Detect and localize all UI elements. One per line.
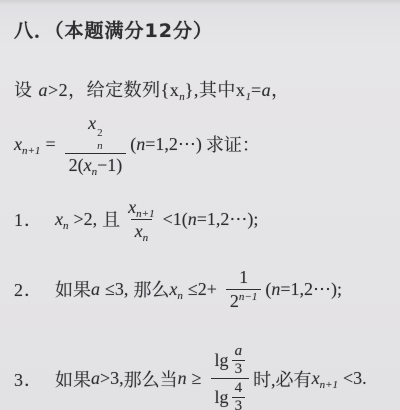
problem-title-text: 八．（本题满分12分）: [14, 20, 213, 42]
item3-num-inner-fraction: a3: [232, 343, 246, 377]
item1-var-n: n: [188, 209, 197, 230]
var-a: a: [39, 80, 49, 100]
claim-item-2: 2． 如果 a ≤3, 那么 xn ≤2+ 1 2n−1 (n=1,2⋯);: [14, 266, 342, 312]
intro-text-3: },其中x: [185, 80, 246, 100]
lhs-x: x: [14, 134, 22, 154]
recurrence-fraction-numerator: x2n: [84, 112, 107, 153]
item3-xn1: xn+1: [312, 368, 338, 389]
claim-item-3: 3． 如果 a >3, 那么当 n ≥ lga3 lg43 时,必有 xn+1 …: [14, 342, 372, 410]
item2-relation: ≤3,: [105, 279, 128, 300]
den-rest: −1): [97, 155, 122, 175]
item2-if-word: 如果: [55, 276, 91, 302]
den-x: x: [84, 155, 92, 175]
item2-x-subscript: n: [177, 290, 183, 302]
item1-fraction: xn+1 xn: [124, 196, 158, 242]
item2-xn: xn: [169, 279, 183, 300]
item3-log-denominator: lg43: [211, 378, 250, 410]
item3-log-numerator: lga3: [211, 342, 250, 378]
num-x: x: [88, 113, 96, 133]
problem-title: 八．（本题满分12分）: [14, 16, 213, 43]
item1-den-subscript: n: [143, 232, 149, 244]
recurrence-domain: (n=1,2⋯): [130, 134, 202, 155]
item1-less-than: <1(: [163, 209, 188, 230]
lhs-subscript: n+1: [22, 145, 40, 157]
item2-then-word: 那么: [133, 276, 169, 302]
item1-x-subscript: n: [63, 220, 69, 232]
item3-if-word: 如果: [55, 366, 91, 392]
intro-text-1: 设: [14, 80, 33, 100]
item3-den-lg: lg: [215, 387, 229, 408]
item1-x: x: [55, 209, 63, 229]
recurrence-fraction: x2n 2(xn−1): [65, 112, 127, 177]
recurrence-lhs: xn+1: [14, 134, 40, 155]
recurrence-fraction-denominator: 2(xn−1): [65, 153, 127, 177]
recurrence-equals: =: [45, 134, 55, 155]
intro-text-4: ，: [271, 80, 290, 100]
den-prefix: 2(: [69, 155, 84, 175]
item3-ge-sign: ≥: [192, 368, 202, 389]
equals-sign: =: [251, 80, 262, 100]
item3-num-inner-bottom: 3: [232, 360, 246, 378]
item2-tail: =1,2⋯);: [280, 279, 342, 300]
item2-fraction-denominator: 2n−1: [226, 289, 261, 313]
var-a-2: a: [262, 80, 272, 100]
item3-x-subscript: n+1: [320, 379, 338, 391]
item1-and-word: 且: [102, 206, 120, 232]
math-problem-page: 八．（本题满分12分） 设a>2，给定数列{xn},其中x1=a， xn+1 =…: [0, 0, 400, 410]
item3-x: x: [312, 368, 320, 388]
item3-relation: >3,: [100, 368, 124, 389]
item3-num-inner-top: a: [232, 343, 246, 360]
item1-number: 1．: [14, 206, 43, 232]
item1-den-x: x: [135, 221, 143, 241]
item3-den-inner-fraction: 43: [232, 380, 246, 410]
item2-var-n: n: [271, 279, 280, 300]
item1-fraction-numerator: xn+1: [124, 196, 158, 219]
item2-den-exponent: n−1: [239, 291, 257, 303]
domain-var-n: n: [136, 134, 145, 154]
domain-rest: =1,2⋯): [145, 134, 202, 154]
item1-fraction-denominator: xn: [131, 219, 153, 243]
item2-number: 2．: [14, 276, 43, 302]
item3-number: 3．: [14, 366, 43, 392]
claim-item-1: 1． xn >2, 且 xn+1 xn <1(n=1,2⋯);: [14, 196, 258, 242]
intro-line: 设a>2，给定数列{xn},其中x1=a，: [14, 76, 290, 102]
item2-fraction-numerator: 1: [235, 266, 252, 289]
item3-log-fraction: lga3 lg43: [211, 342, 250, 410]
recurrence-formula: xn+1 = x2n 2(xn−1) (n=1,2⋯) 求证：: [14, 112, 260, 177]
intro-text-2: >2，给定数列{x: [48, 80, 179, 100]
item3-var-n: n: [178, 368, 187, 389]
item1-xn: xn: [55, 209, 69, 230]
item3-less-than: <3.: [343, 368, 367, 389]
item3-then-word: 那么当: [124, 366, 178, 392]
num-superscript: 2: [97, 128, 103, 139]
item3-var-a: a: [91, 368, 100, 389]
item1-tail: =1,2⋯);: [197, 209, 259, 230]
item1-relation: >2,: [74, 209, 98, 230]
item3-den-inner-bottom: 3: [232, 397, 246, 410]
num-subscript: n: [97, 141, 103, 152]
num-sup-sub-stack: 2n: [97, 128, 103, 152]
item3-post-text: 时,必有: [253, 366, 312, 392]
item1-num-x: x: [128, 197, 136, 217]
item2-fraction: 1 2n−1: [226, 266, 261, 312]
item2-relation-2: ≤2+: [188, 279, 217, 300]
item2-den-base: 2: [230, 291, 239, 311]
item3-den-inner-top: 4: [232, 380, 246, 397]
item3-num-lg: lg: [215, 350, 229, 371]
prove-label: 求证：: [206, 131, 260, 157]
item2-var-a: a: [91, 279, 100, 300]
